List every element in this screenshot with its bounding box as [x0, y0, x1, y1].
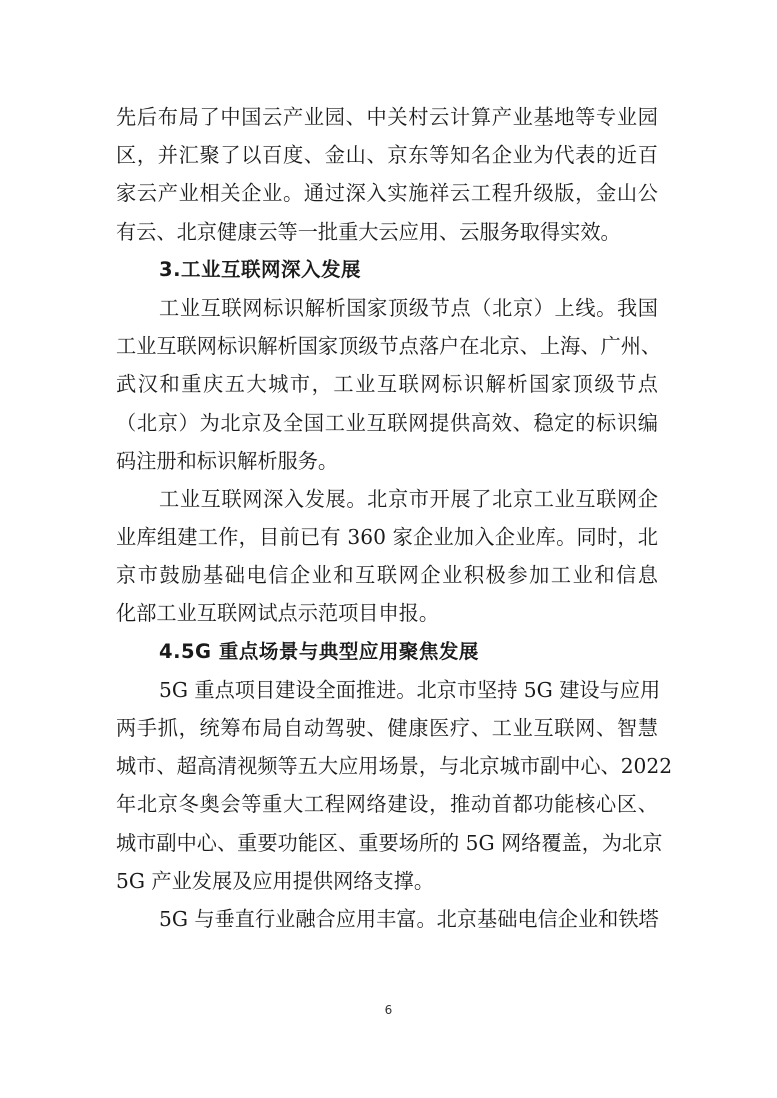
text-line: 京市鼓励基础电信企业和互联网企业积极参加工业和信息 [116, 556, 658, 594]
paragraph-5g-projects: 5G 重点项目建设全面推进。北京市坚持 5G 建设与应用 两手抓，统筹布局自动驾… [116, 671, 658, 900]
text-line: 5G 产业发展及应用提供网络支撑。 [116, 862, 658, 900]
text-line: 有云、北京健康云等一批重大云应用、云服务取得实效。 [116, 213, 658, 251]
text-line: 先后布局了中国云产业园、中关村云计算产业基地等专业园 [116, 98, 658, 136]
text-line: 5G 与垂直行业融合应用丰富。北京基础电信企业和铁塔 [116, 900, 658, 938]
paragraph-cloud-industry: 先后布局了中国云产业园、中关村云计算产业基地等专业园 区，并汇聚了以百度、金山、… [116, 98, 658, 251]
page-number: 6 [0, 1003, 777, 1017]
text-line: 城市副中心、重要功能区、重要场所的 5G 网络覆盖，为北京 [116, 824, 658, 862]
text-line: 化部工业互联网试点示范项目申报。 [116, 594, 658, 632]
text-line: 家云产业相关企业。通过深入实施祥云工程升级版，金山公 [116, 174, 658, 212]
text-line: 两手抓，统筹布局自动驾驶、健康医疗、工业互联网、智慧 [116, 709, 658, 747]
text-line: 业库组建工作，目前已有 360 家企业加入企业库。同时，北 [116, 518, 658, 556]
text-line: （北京）为北京及全国工业互联网提供高效、稳定的标识编 [116, 404, 658, 442]
section-heading-5g: 4.5G 重点场景与典型应用聚焦发展 [116, 633, 658, 671]
text-line: 码注册和标识解析服务。 [116, 442, 658, 480]
paragraph-identifier-node: 工业互联网标识解析国家顶级节点（北京）上线。我国 工业互联网标识解析国家顶级节点… [116, 289, 658, 480]
text-line: 年北京冬奥会等重大工程网络建设，推动首都功能核心区、 [116, 785, 658, 823]
paragraph-industrial-internet-development: 工业互联网深入发展。北京市开展了北京工业互联网企 业库组建工作，目前已有 360… [116, 480, 658, 633]
text-line: 工业互联网标识解析国家顶级节点落户在北京、上海、广州、 [116, 327, 658, 365]
text-line: 城市、超高清视频等五大应用场景，与北京城市副中心、2022 [116, 747, 658, 785]
text-line: 工业互联网标识解析国家顶级节点（北京）上线。我国 [116, 289, 658, 327]
text-line: 武汉和重庆五大城市，工业互联网标识解析国家顶级节点 [116, 365, 658, 403]
text-line: 5G 重点项目建设全面推进。北京市坚持 5G 建设与应用 [116, 671, 658, 709]
paragraph-5g-vertical-industries: 5G 与垂直行业融合应用丰富。北京基础电信企业和铁塔 [116, 900, 658, 938]
text-line: 区，并汇聚了以百度、金山、京东等知名企业为代表的近百 [116, 136, 658, 174]
document-page: 先后布局了中国云产业园、中关村云计算产业基地等专业园 区，并汇聚了以百度、金山、… [116, 98, 658, 938]
section-heading-industrial-internet: 3.工业互联网深入发展 [116, 251, 658, 289]
text-line: 工业互联网深入发展。北京市开展了北京工业互联网企 [116, 480, 658, 518]
